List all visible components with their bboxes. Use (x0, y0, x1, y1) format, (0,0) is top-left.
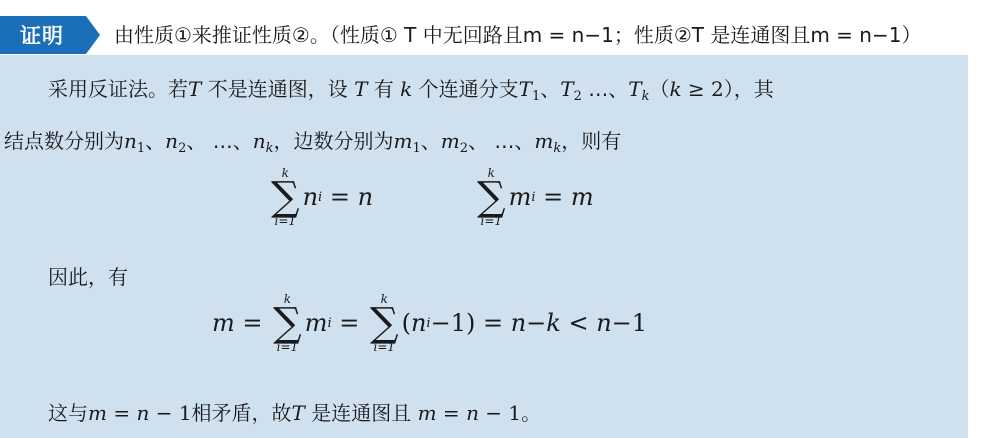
text: 个连通分支 (419, 77, 519, 101)
text: 这与 (48, 401, 88, 425)
text: ，则有 (561, 129, 621, 153)
text: 采用反证法。若 (48, 77, 188, 101)
proof-badge: 证明 (0, 16, 100, 54)
header: 证明 由性质①来推证性质②。（性质① T 中无回路且m = n−1；性质②T 是… (0, 0, 1002, 55)
text: 相矛盾，故 (192, 401, 292, 425)
proof-line-3: 因此，有 (48, 261, 128, 290)
formula-sum-n: k∑i=1 ni = n (268, 167, 373, 227)
text: ，边数分别为 (273, 129, 393, 153)
proof-line-2: 结点数分别为n1、n2、 …、nk，边数分别为m1、m2、 …、mk，则有 (4, 125, 621, 156)
text: 有 (374, 77, 394, 101)
text: 是连通图且 (311, 401, 411, 425)
formula-main: m = k∑i=1 mi = k∑i=1 (ni−1) = n−k < n−1 (212, 293, 647, 353)
proof-statement: 由性质①来推证性质②。（性质① T 中无回路且m = n−1；性质②T 是连通图… (114, 19, 921, 48)
formula-sum-m: k∑i=1 mi = m (474, 167, 594, 227)
text: ，其 (734, 77, 774, 101)
text: 。 (521, 401, 541, 425)
proof-line-4: 这与m = n − 1相矛盾，故T 是连通图且 m = n − 1。 (48, 397, 541, 426)
text: 结点数分别为 (4, 129, 124, 153)
text: 不是连通图，设 (208, 77, 348, 101)
proof-line-1: 采用反证法。若T 不是连通图，设 T 有 k 个连通分支T1、T2 …、Tk（k… (48, 73, 774, 104)
proof-panel: 采用反证法。若T 不是连通图，设 T 有 k 个连通分支T1、T2 …、Tk（k… (0, 55, 968, 438)
